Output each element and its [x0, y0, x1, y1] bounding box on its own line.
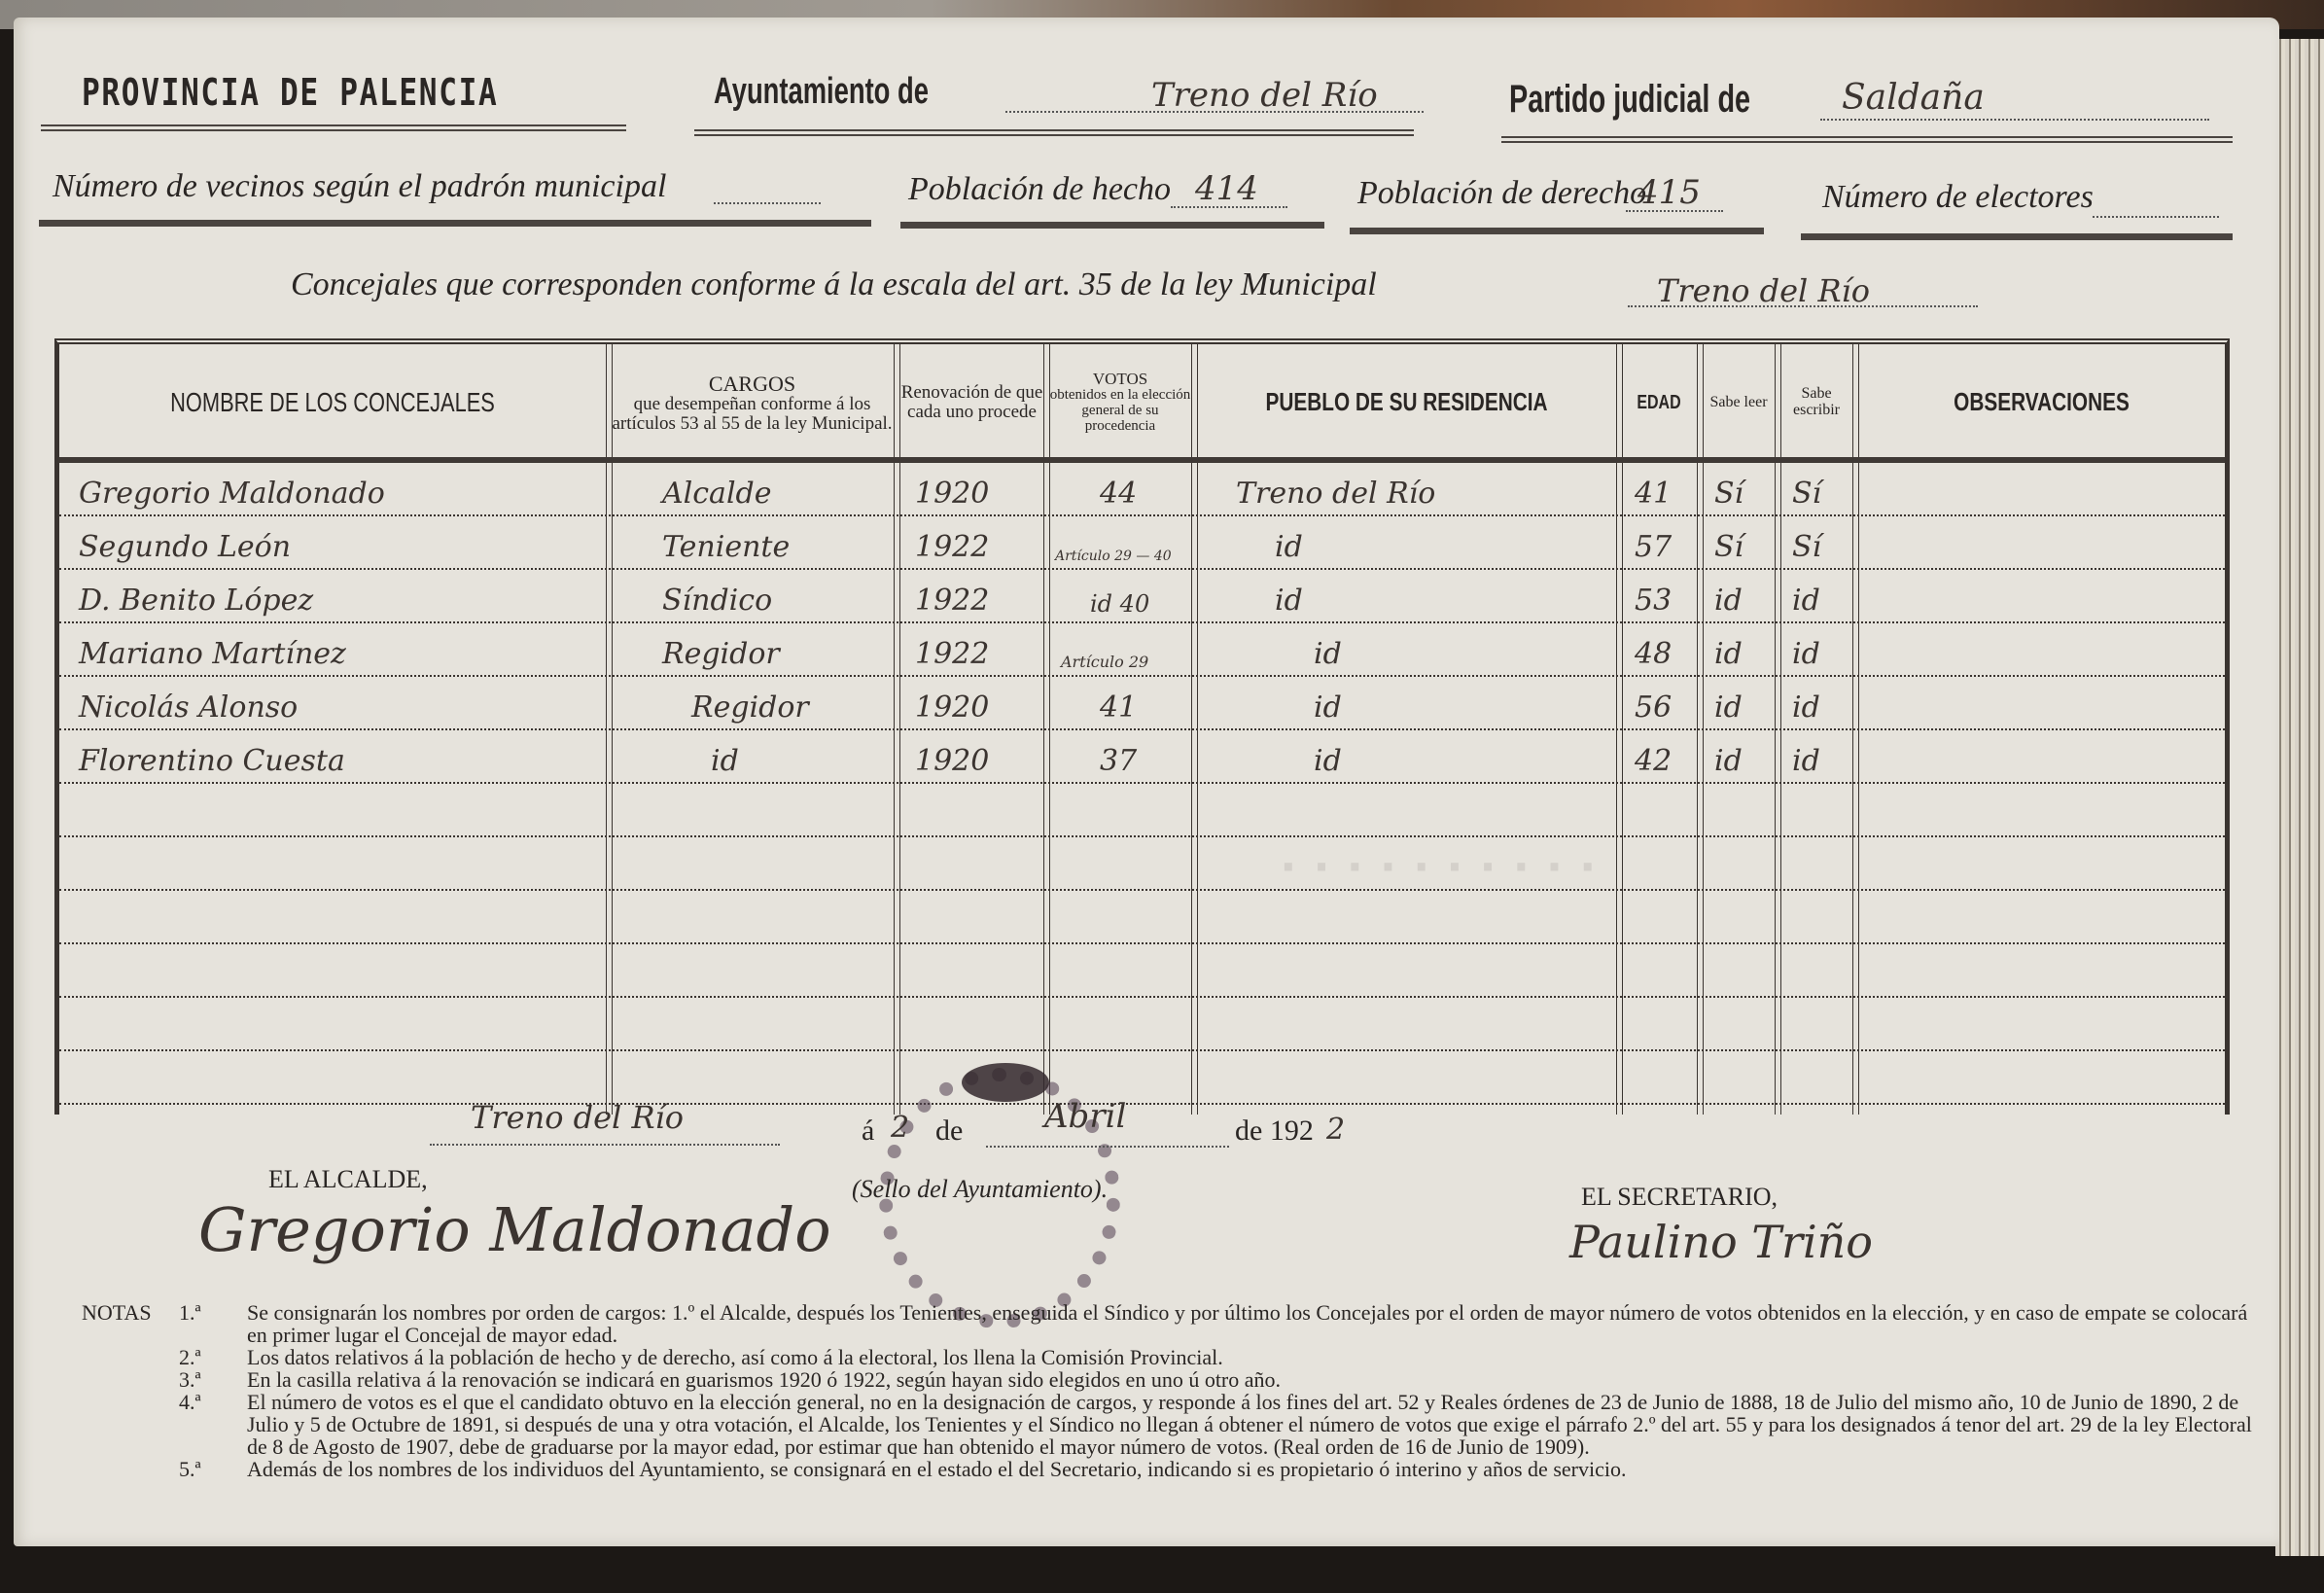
cell-votos: Artículo 29 — 40 — [1055, 549, 1172, 564]
table-row: D. Benito López Síndico 1922 id 40 id 53… — [59, 570, 2225, 623]
cell-edad: 42 — [1635, 744, 1672, 778]
ayuntamiento-underline — [694, 129, 1414, 136]
date-year-digit: 2 — [1326, 1113, 1345, 1147]
header-observaciones: OBSERVACIONES — [1895, 344, 2189, 461]
cell-edad: 53 — [1635, 584, 1672, 618]
province-title: PROVINCIA DE PALENCIA — [82, 71, 498, 114]
header-cargos-sub: que desempeñan conforme á los artículos … — [611, 395, 894, 434]
date-day: 2 — [891, 1111, 909, 1145]
cell-edad: 48 — [1635, 637, 1672, 671]
cell-leer: id — [1714, 584, 1743, 618]
note-text: En la casilla relativa á la renovación s… — [247, 1367, 1281, 1392]
cell-edad: 56 — [1635, 690, 1672, 725]
hecho-label: Población de hecho — [908, 171, 1171, 208]
vecinos-underline — [39, 220, 871, 227]
note-number: 2.ª — [179, 1346, 201, 1368]
notes-heading: NOTAS — [82, 1301, 152, 1324]
table-row-empty — [59, 784, 2225, 837]
note-item: 5.ª Además de los nombres de los individ… — [82, 1458, 2260, 1480]
cell-cargo: Regidor — [691, 690, 809, 725]
cell-cargo: Regidor — [662, 637, 780, 671]
table-row-empty — [59, 1051, 2225, 1105]
cell-pueblo: id — [1275, 584, 1303, 618]
place-value: Treno del Río — [471, 1099, 684, 1136]
cell-edad: 41 — [1635, 477, 1672, 511]
cell-leer: Sí — [1714, 477, 1743, 511]
alcalde-signature: Gregorio Maldonado — [198, 1194, 831, 1265]
table-row: Gregorio Maldonado Alcalde 1920 44 Treno… — [59, 463, 2225, 516]
cell-renovacion: 1920 — [915, 477, 989, 511]
cell-votos: Artículo 29 — [1061, 653, 1148, 671]
note-text: Además de los nombres de los individuos … — [247, 1457, 1626, 1481]
cell-pueblo: id — [1275, 530, 1303, 564]
note-number: 3.ª — [179, 1368, 201, 1391]
header-cargos: CARGOS que desempeñan conforme á los art… — [611, 344, 894, 461]
cell-nombre: Segundo León — [79, 530, 291, 564]
note-text: El número de votos es el que el candidat… — [247, 1390, 2252, 1459]
table-row-empty — [59, 998, 2225, 1051]
cell-renovacion: 1922 — [915, 637, 989, 671]
note-item: 3.ª En la casilla relativa á la renovaci… — [82, 1368, 2260, 1391]
secretario-label: EL SECRETARIO, — [1581, 1183, 1778, 1212]
electores-underline — [1801, 233, 2233, 240]
cell-nombre: D. Benito López — [79, 584, 313, 618]
note-item: 2.ª Los datos relativos á la población d… — [82, 1346, 2260, 1368]
note-number: 4.ª — [179, 1391, 201, 1413]
header-nombre: NOMBRE DE LOS CONCEJALES — [120, 344, 546, 461]
partido-label: Partido judicial de — [1509, 78, 1750, 122]
concejales-escala-label: Concejales que corresponden conforme á l… — [291, 266, 1377, 303]
cell-leer: id — [1714, 744, 1743, 778]
date-year-label: de 192 — [1235, 1115, 1314, 1148]
header-pueblo: PUEBLO DE SU RESIDENCIA — [1239, 344, 1574, 461]
header-sabe-escribir: Sabe escribir — [1780, 344, 1852, 461]
secretario-signature: Paulino Triño — [1569, 1216, 1873, 1268]
cell-pueblo: Treno del Río — [1236, 477, 1435, 511]
header-votos-sub: obtenidos en la elección general de su p… — [1049, 388, 1191, 434]
derecho-label: Población de derecho — [1357, 175, 1646, 212]
derecho-underline — [1350, 228, 1764, 234]
cell-pueblo: id — [1314, 744, 1342, 778]
header-cargos-title: CARGOS — [709, 372, 795, 395]
date-de-label: de — [935, 1115, 963, 1148]
cell-nombre: Gregorio Maldonado — [79, 477, 385, 511]
concejales-escala-value: Treno del Río — [1657, 272, 1870, 309]
vecinos-field-line — [714, 202, 821, 204]
cell-nombre: Mariano Martínez — [79, 637, 346, 671]
sello-label: (Sello del Ayuntamiento). — [852, 1175, 1108, 1204]
partido-value: Saldaña — [1842, 78, 1985, 118]
vecinos-label: Número de vecinos según el padrón munici… — [53, 168, 666, 205]
place-field-line — [430, 1144, 780, 1146]
notes-section: NOTAS 1.ª Se consignarán los nombres por… — [82, 1301, 2260, 1480]
cell-votos: id 40 — [1090, 590, 1149, 618]
cell-nombre: Florentino Cuesta — [79, 744, 345, 778]
date-a-label: á — [862, 1115, 874, 1148]
table-row-empty — [59, 944, 2225, 998]
derecho-value: 415 — [1637, 173, 1701, 212]
header-sabe-leer: Sabe leer — [1703, 344, 1775, 461]
table-row: Florentino Cuesta id 1920 37 id 42 id id — [59, 730, 2225, 784]
table-row-empty — [59, 891, 2225, 944]
header-votos: VOTOS obtenidos en la elección general d… — [1049, 344, 1191, 461]
cell-escribir: id — [1792, 584, 1820, 618]
cell-renovacion: 1922 — [915, 584, 989, 618]
alcalde-label: EL ALCALDE, — [268, 1165, 428, 1194]
date-month: Abril — [1044, 1097, 1126, 1136]
partido-field-line — [1820, 119, 2209, 121]
cell-votos: 44 — [1100, 477, 1137, 511]
seal-ink-blot — [962, 1063, 1049, 1102]
electores-label: Número de electores — [1822, 179, 2094, 216]
cell-escribir: id — [1792, 637, 1820, 671]
header-renovacion: Renovación de que cada uno procede — [900, 344, 1043, 461]
province-underline — [41, 124, 626, 131]
table-row-empty — [59, 837, 2225, 891]
cell-votos: 37 — [1100, 744, 1137, 778]
cell-pueblo: id — [1314, 690, 1342, 725]
note-item: 4.ª El número de votos es el que el cand… — [82, 1391, 2260, 1458]
cell-leer: id — [1714, 637, 1743, 671]
note-item: NOTAS 1.ª Se consignarán los nombres por… — [82, 1301, 2260, 1346]
ayuntamiento-value: Treno del Río — [1151, 76, 1378, 115]
cell-cargo: Teniente — [662, 530, 790, 564]
cell-escribir: id — [1792, 744, 1820, 778]
month-field-line — [986, 1146, 1229, 1148]
cell-leer: Sí — [1714, 530, 1743, 564]
cell-renovacion: 1920 — [915, 690, 989, 725]
cell-renovacion: 1922 — [915, 530, 989, 564]
hecho-underline — [900, 222, 1324, 229]
cell-pueblo: id — [1314, 637, 1342, 671]
cell-cargo: id — [711, 744, 739, 778]
hecho-value: 414 — [1195, 169, 1258, 208]
ayuntamiento-label: Ayuntamiento de — [714, 71, 929, 113]
cell-nombre: Nicolás Alonso — [79, 690, 298, 725]
partido-underline — [1501, 136, 2233, 143]
table-row: Nicolás Alonso Regidor 1920 41 id 56 id … — [59, 677, 2225, 730]
table-row: Mariano Martínez Regidor 1922 Artículo 2… — [59, 623, 2225, 677]
cell-escribir: Sí — [1792, 477, 1821, 511]
note-number: 5.ª — [179, 1458, 201, 1480]
cell-leer: id — [1714, 690, 1743, 725]
form-page: · · · · · · · · · · PROVINCIA DE PALENCI… — [14, 18, 2279, 1546]
cell-cargo: Alcalde — [662, 477, 772, 511]
table-row: Segundo León Teniente 1922 Artículo 29 —… — [59, 516, 2225, 570]
note-text: Se consignarán los nombres por orden de … — [247, 1300, 2247, 1347]
cell-renovacion: 1920 — [915, 744, 989, 778]
note-number: 1.ª — [179, 1301, 201, 1324]
header-edad: EDAD — [1629, 344, 1689, 461]
note-text: Los datos relativos á la población de he… — [247, 1345, 1223, 1369]
cell-escribir: Sí — [1792, 530, 1821, 564]
cell-edad: 57 — [1635, 530, 1672, 564]
cell-escribir: id — [1792, 690, 1820, 725]
cell-cargo: Síndico — [662, 584, 772, 618]
cell-votos: 41 — [1100, 690, 1137, 725]
header-votos-title: VOTOS — [1093, 371, 1147, 388]
concejales-table: NOMBRE DE LOS CONCEJALES CARGOS que dese… — [54, 338, 2230, 1115]
electores-field-line — [2093, 216, 2219, 218]
book-page-edges — [2275, 39, 2324, 1556]
